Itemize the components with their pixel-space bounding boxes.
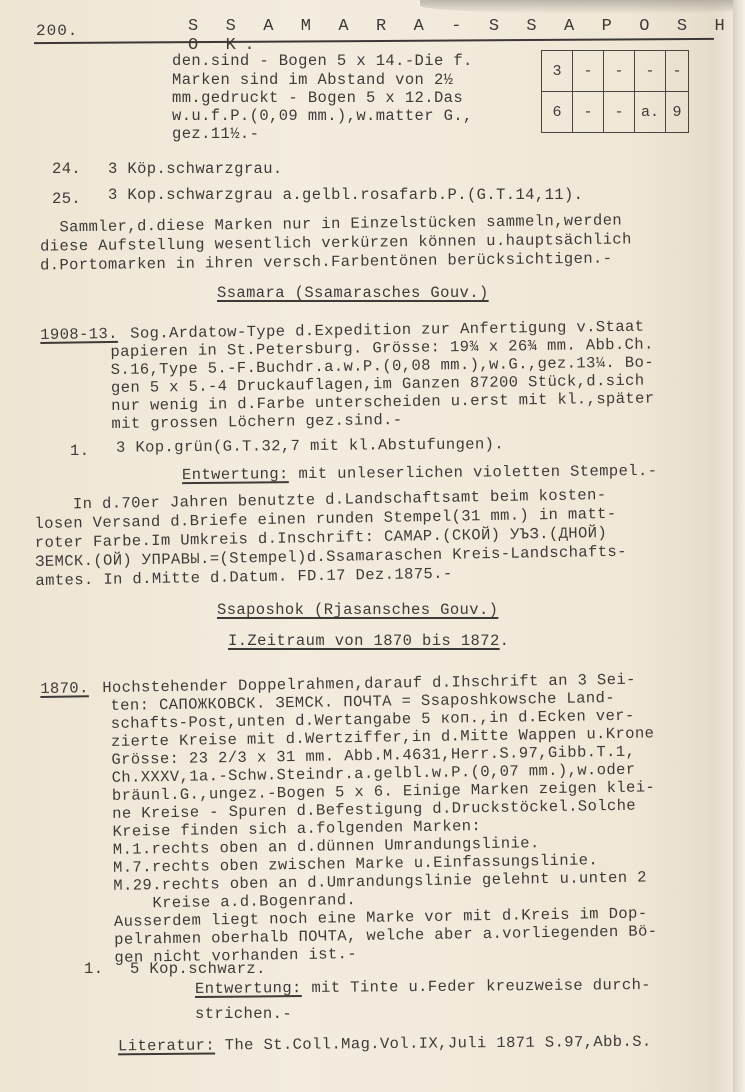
item-text: 5 Kop.schwarz. (130, 960, 266, 978)
grid-cell: 6 (542, 92, 573, 133)
literature-label: Literatur: (118, 1036, 215, 1055)
issue-year: 1908-13. (40, 325, 118, 344)
intro-line: Marken sind im Abstand von 2½ (172, 71, 453, 89)
issue-year: 1870. (40, 679, 89, 698)
intro-line: mm.gedruckt - Bogen 5 x 12.Das (172, 89, 463, 107)
item-number: 24. (52, 160, 81, 178)
period-heading-text: I.Zeitraum von 1870 bis 1872 (228, 632, 500, 650)
grid-cell: 3 (542, 51, 573, 92)
issue-line: mit grossen Löchern gez.sind.- (111, 411, 402, 433)
grid-cell: a. (635, 92, 666, 133)
sheet-layout-grid: 3 - - - - 6 - - a. 9 (541, 50, 689, 133)
grid-cell: - (635, 51, 666, 92)
cancellation-label: Entwertung: (182, 465, 289, 484)
intro-line: gez.11½.- (172, 125, 259, 143)
cancellation-note: Entwertung: mit unleserlichen violetten … (182, 462, 658, 484)
section-heading-ssaposhok: Ssaposhok (Rjasansches Gouv.) (217, 601, 498, 619)
grid-cell: 9 (666, 92, 689, 133)
period-heading-tail: . (500, 632, 510, 650)
cancellation-text: mit Tinte u.Feder kreuzweise durch- (302, 976, 651, 997)
literature-text: The St.Coll.Mag.Vol.IX,Juli 1871 S.97,Ab… (215, 1033, 652, 1055)
cancellation-continuation: strichen.- (195, 1005, 292, 1023)
item-number: 1. (70, 442, 89, 460)
item-text: 3 Kop.grün(G.T.32,7 mit kl.Abstufungen). (116, 435, 504, 456)
item-number: 25. (52, 190, 81, 208)
page-edge (733, 0, 745, 1092)
grid-row: 3 - - - - (542, 51, 689, 92)
literature-reference: Literatur: The St.Coll.Mag.Vol.IX,Juli 1… (118, 1033, 652, 1056)
grid-cell: - (573, 51, 604, 92)
page-number: 200. (36, 22, 78, 40)
intro-line: den.sind - Bogen 5 x 14.-Die f. (172, 52, 473, 70)
scan-shadow (420, 0, 745, 14)
grid-cell: - (604, 92, 635, 133)
grid-row: 6 - - a. 9 (542, 92, 689, 133)
grid-cell: - (604, 51, 635, 92)
section-heading-ssamara: Ssamara (Ssamarasches Gouv.) (217, 284, 489, 302)
cancellation-label: Entwertung: (195, 979, 302, 998)
cancellation-note: Entwertung: mit Tinte u.Feder kreuzweise… (195, 976, 651, 998)
grid-cell: - (573, 92, 604, 133)
item-text: 3 Köp.schwarzgrau. (108, 160, 283, 178)
intro-line: w.u.f.P.(0,09 mm.),w.matter G., (172, 107, 473, 125)
cancellation-text: mit unleserlichen violetten Stempel.- (289, 462, 658, 483)
item-text: 3 Kop.schwarzgrau a.gelbl.rosafarb.P.(G.… (108, 186, 583, 204)
period-heading: I.Zeitraum von 1870 bis 1872. (228, 632, 509, 650)
grid-cell: - (666, 51, 689, 92)
item-number: 1. (84, 960, 103, 978)
